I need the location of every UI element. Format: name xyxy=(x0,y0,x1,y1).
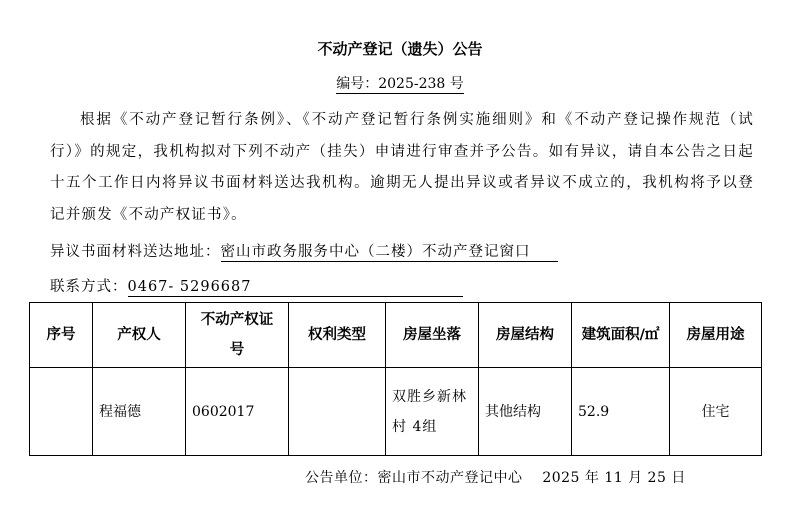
header-structure: 房屋结构 xyxy=(479,303,572,368)
cell-area: 52.9 xyxy=(572,368,670,456)
address-value: 密山市政务服务中心（二楼）不动产登记窗口 xyxy=(221,244,558,262)
cell-structure: 其他结构 xyxy=(479,368,572,456)
contact-label: 联系方式： xyxy=(50,279,128,295)
notice-body: 根据《不动产登记暂行条例》、《不动产登记暂行条例实施细则》和《不动产登记操作规范… xyxy=(50,105,754,231)
header-cert-no: 不动产权证号 xyxy=(186,303,289,368)
cell-owner: 程福德 xyxy=(93,368,186,456)
header-right-type: 权利类型 xyxy=(289,303,386,368)
address-label: 异议书面材料送达地址： xyxy=(50,244,221,260)
header-location: 房屋坐落 xyxy=(386,303,479,368)
cell-cert-no: 0602017 xyxy=(186,368,289,456)
cell-usage: 住宅 xyxy=(670,368,762,456)
document-title: 不动产登记（遗失）公告 xyxy=(0,38,800,59)
cell-right-type xyxy=(289,368,386,456)
cell-location: 双胜乡新林村 4组 xyxy=(386,368,479,456)
header-owner: 产权人 xyxy=(93,303,186,368)
property-table: 序号 产权人 不动产权证号 权利类型 房屋坐落 房屋结构 建筑面积/㎡ 房屋用途… xyxy=(29,302,762,456)
header-index: 序号 xyxy=(30,303,93,368)
address-line: 异议书面材料送达地址：密山市政务服务中心（二楼）不动产登记窗口 xyxy=(50,240,558,262)
table-header-row: 序号 产权人 不动产权证号 权利类型 房屋坐落 房屋结构 建筑面积/㎡ 房屋用途 xyxy=(30,303,762,368)
cell-index xyxy=(30,368,93,456)
document-number-text: 编号：2025-238 号 xyxy=(336,76,464,94)
footer-date: 2025 年 11 月 25 日 xyxy=(542,470,686,486)
contact-line: 联系方式：0467- 5296687 xyxy=(50,275,463,297)
document-number: 编号：2025-238 号 xyxy=(0,73,800,93)
footer: 公告单位：密山市不动产登记中心 2025 年 11 月 25 日 xyxy=(305,467,686,487)
footer-issuer: 公告单位：密山市不动产登记中心 xyxy=(305,470,523,486)
contact-value: 0467- 5296687 xyxy=(128,279,463,297)
table-row: 程福德 0602017 双胜乡新林村 4组 其他结构 52.9 住宅 xyxy=(30,368,762,456)
header-usage: 房屋用途 xyxy=(670,303,762,368)
header-area: 建筑面积/㎡ xyxy=(572,303,670,368)
